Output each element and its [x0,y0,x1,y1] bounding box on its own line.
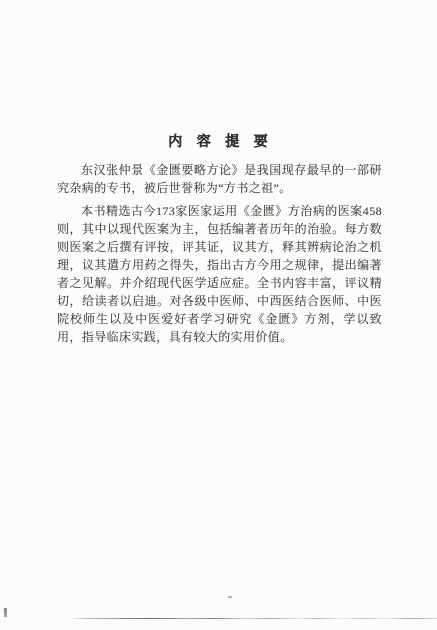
summary-paragraph: 本书精选古今173家医家运用《金匮》方治病的医案458则，其中以现代医案为主，包… [57,202,382,346]
summary-text-block: 东汉张仲景《金匮要略方论》是我国现存最早的一部研究杂病的专书，被后世誉称为“方书… [57,161,382,346]
scan-artifact-speckle [228,596,232,598]
summary-paragraph: 东汉张仲景《金匮要略方论》是我国现存最早的一部研究杂病的专书，被后世誉称为“方书… [57,161,382,197]
scan-artifact-speckle [4,608,7,617]
scan-artifact-line [70,618,437,619]
scanned-book-page: 内 容 提 要 东汉张仲景《金匮要略方论》是我国现存最早的一部研究杂病的专书，被… [0,0,437,630]
page-title: 内 容 提 要 [0,131,437,151]
